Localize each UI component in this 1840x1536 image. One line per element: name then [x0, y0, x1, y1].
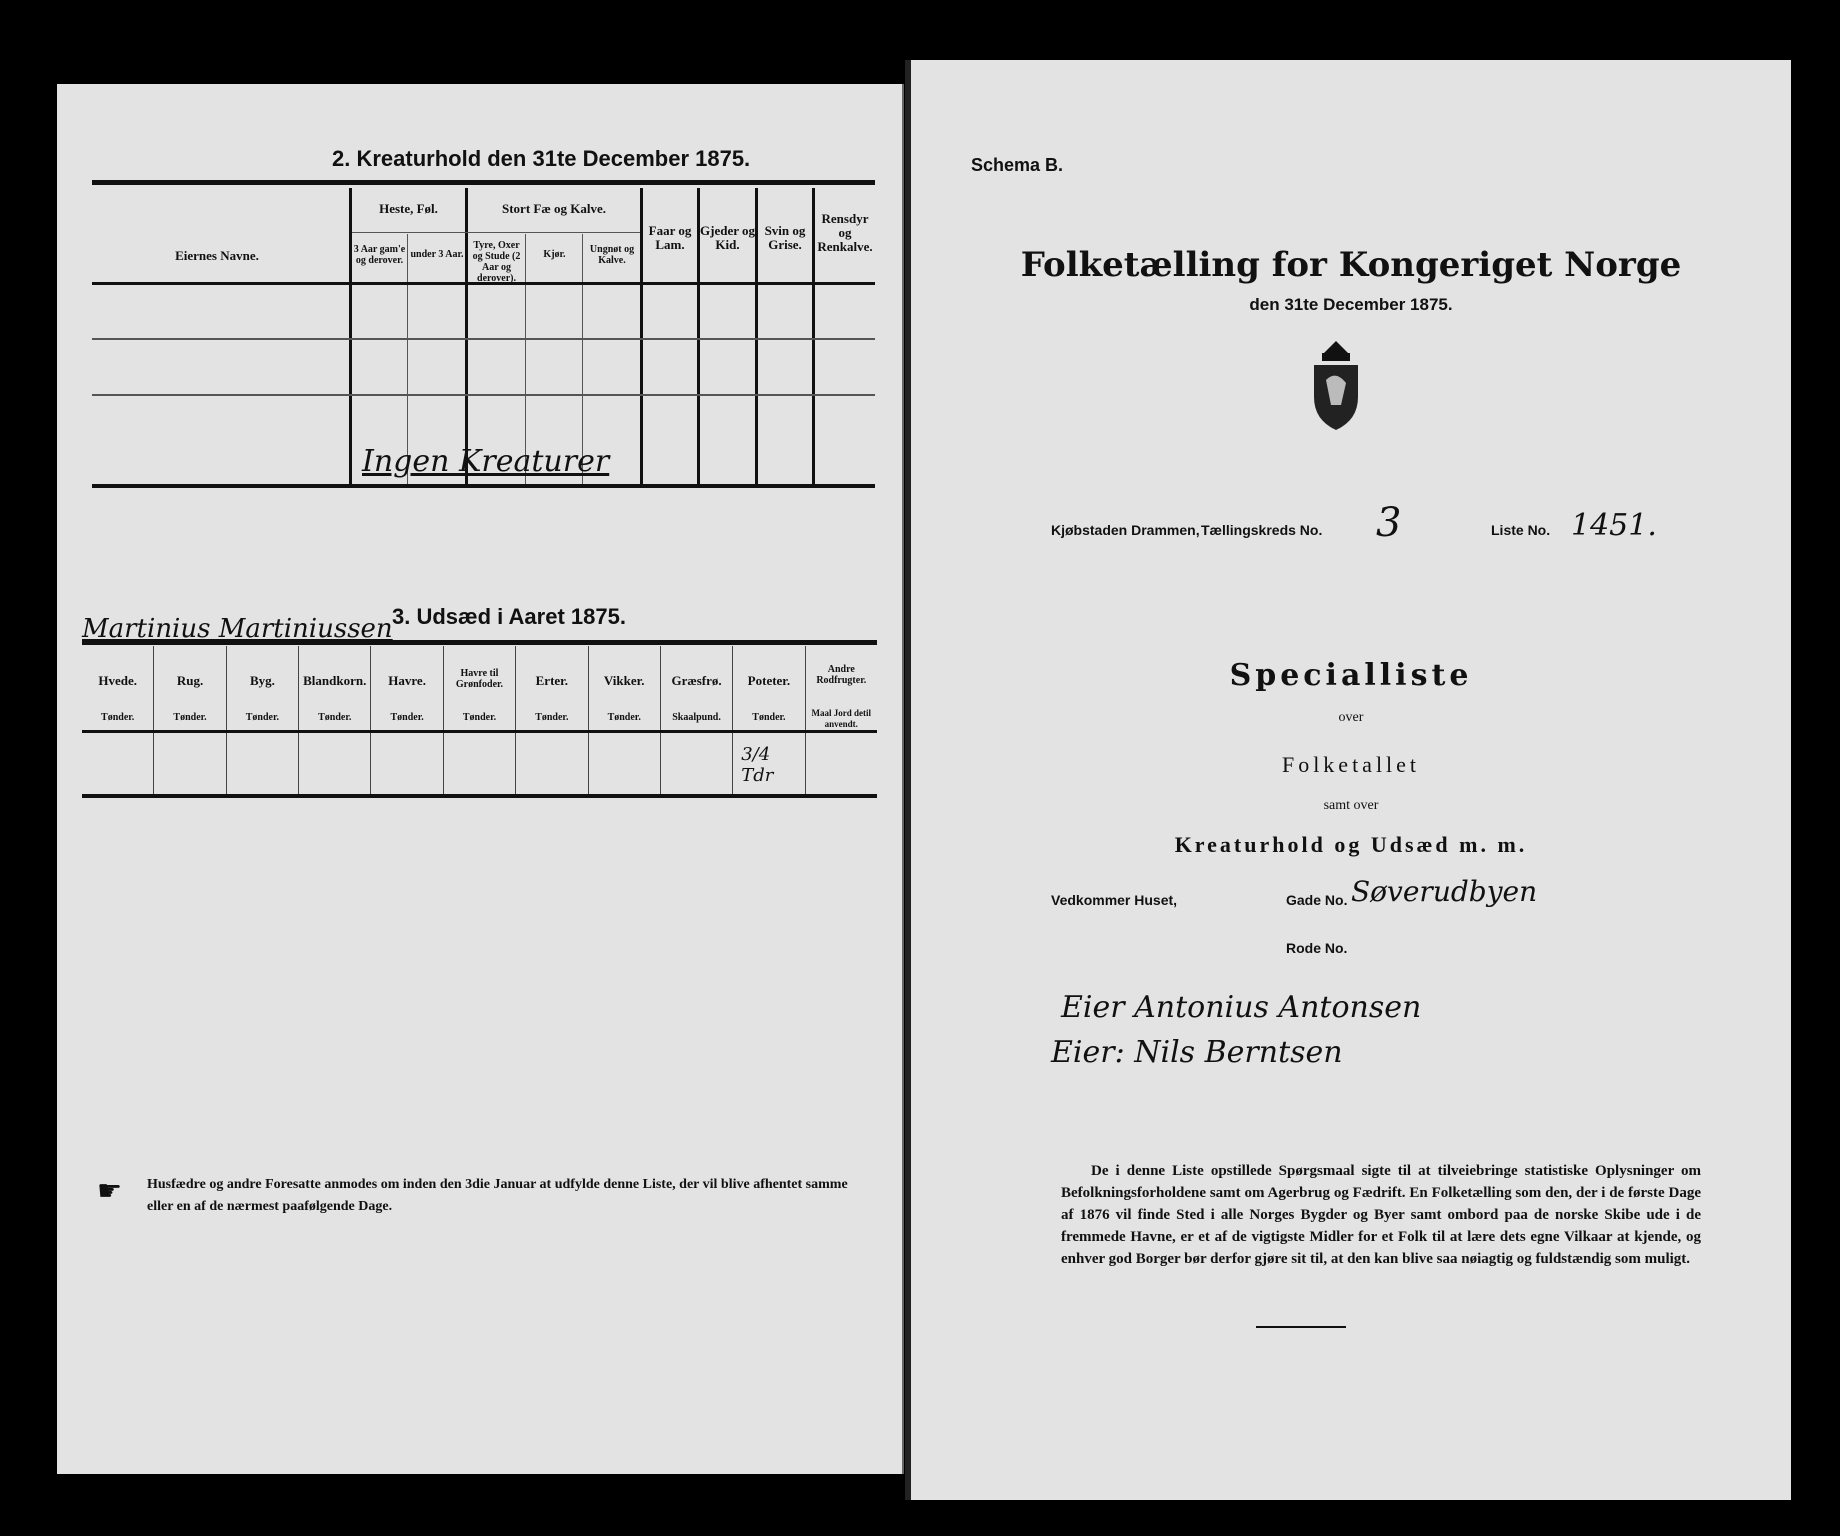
over-text: over: [911, 710, 1791, 726]
col-name: Poteter.: [733, 674, 804, 688]
section2-title: 2. Kreaturhold den 31te December 1875.: [332, 146, 750, 172]
subheader: Tyre, Oxer og Stude (2 Aar og derover).: [468, 240, 525, 284]
row-rule: [92, 394, 875, 396]
subheader: 3 Aar gam'e og derover.: [352, 244, 407, 266]
section3-title: 3. Udsæd i Aaret 1875.: [392, 604, 626, 630]
col-unit: Maal Jord detil anvendt.: [806, 708, 877, 730]
col-unit: Tønder.: [444, 712, 515, 723]
liste-label: Liste No.: [1491, 522, 1550, 538]
table3-bottom-rule: [82, 794, 877, 798]
folketallet-heading: Folketallet: [911, 752, 1791, 778]
subheader: under 3 Aar.: [409, 249, 465, 260]
group-header-heste: Heste, Føl.: [352, 202, 465, 216]
col-unit: Tønder.: [154, 712, 225, 723]
col-graesfro: Græsfrø.Skaalpund.: [661, 646, 733, 796]
explanatory-paragraph: De i denne Liste opstillede Spørgsmaal s…: [1061, 1160, 1701, 1270]
table2-top-rule: [92, 180, 875, 185]
kreds-label: Tællingskreds No.: [1201, 522, 1322, 538]
col-unit: Tønder.: [516, 712, 587, 723]
col-header: Gjeder og Kid.: [700, 224, 755, 252]
closing-rule: [1256, 1326, 1346, 1328]
notice-text: Husfædre og andre Foresatte anmodes om i…: [147, 1174, 867, 1218]
row-rule: [92, 338, 875, 340]
right-page: Schema B. Folketælling for Kongeriget No…: [905, 60, 1791, 1500]
col-header: Svin og Grise.: [758, 224, 812, 252]
col-erter: Erter.Tønder.: [516, 646, 588, 796]
rode-label: Rode No.: [1286, 940, 1347, 956]
col-unit: Skaalpund.: [661, 712, 732, 723]
col-vikker: Vikker.Tønder.: [589, 646, 661, 796]
col-blandkorn: Blandkorn.Tønder.: [299, 646, 371, 796]
col-name: Vikker.: [589, 674, 660, 688]
col-unit: Tønder.: [82, 712, 153, 723]
owner-line-1: Eier Antonius Antonsen: [1061, 990, 1421, 1025]
gade-value: Søverudbyen: [1351, 875, 1537, 908]
col-name: Blandkorn.: [299, 674, 370, 688]
col-header: Faar og Lam.: [643, 224, 697, 252]
gade-label: Gade No.: [1286, 892, 1347, 908]
document-title: Folketælling for Kongeriget Norge: [911, 245, 1791, 285]
row-rule: [92, 282, 875, 285]
owner-col-header: Eiernes Navne.: [97, 249, 337, 263]
col-unit: Tønder.: [371, 712, 442, 723]
col-unit: Tønder.: [299, 712, 370, 723]
poteter-value: 3/4 Tdr: [741, 744, 804, 786]
row-rule: [92, 484, 875, 488]
group-header-stort-fae: Stort Fæ og Kalve.: [468, 202, 640, 216]
samt-over-text: samt over: [911, 798, 1791, 814]
col-name: Havre til Grønfoder.: [444, 668, 515, 690]
schema-label: Schema B.: [971, 155, 1063, 176]
owner-line-2: Eier: Nils Berntsen: [1051, 1035, 1343, 1070]
col-header: Rensdyr og Renkalve.: [815, 212, 875, 254]
col-name: Rug.: [154, 674, 225, 688]
col-name: Havre.: [371, 674, 442, 688]
col-havre-gronfoder: Havre til Grønfoder.Tønder.: [444, 646, 516, 796]
col-havre: Havre.Tønder.: [371, 646, 443, 796]
norwegian-coat-of-arms-icon: [1306, 335, 1366, 435]
specialliste-heading: Specialliste: [911, 658, 1791, 693]
col-unit: Tønder.: [227, 712, 298, 723]
pointing-hand-icon: ☛: [97, 1174, 122, 1208]
subheader: Kjør.: [527, 249, 582, 260]
subheader: Ungnøt og Kalve.: [584, 244, 640, 266]
col-unit: Tønder.: [589, 712, 660, 723]
col-unit: Tønder.: [733, 712, 804, 723]
liste-value: 1451.: [1571, 508, 1657, 543]
handwritten-entry: Ingen Kreaturer: [362, 444, 609, 479]
city-label: Kjøbstaden Drammen,: [1051, 522, 1200, 538]
col-name: Erter.: [516, 674, 587, 688]
document-subtitle: den 31te December 1875.: [911, 295, 1791, 315]
col-name: Hvede.: [82, 674, 153, 688]
left-page: 2. Kreaturhold den 31te December 1875. E…: [57, 84, 904, 1474]
vedkommer-label: Vedkommer Huset,: [1051, 892, 1177, 908]
row-rule: [82, 730, 877, 733]
col-name: Byg.: [227, 674, 298, 688]
col-name: Andre Rodfrugter.: [806, 664, 877, 686]
col-byg: Byg.Tønder.: [227, 646, 299, 796]
col-hvede: Hvede.Tønder.: [82, 646, 154, 796]
col-rug: Rug.Tønder.: [154, 646, 226, 796]
udsaed-table: Hvede.Tønder. Rug.Tønder. Byg.Tønder. Bl…: [82, 646, 877, 796]
col-name: Græsfrø.: [661, 674, 732, 688]
col-poteter: Poteter.Tønder.3/4 Tdr: [733, 646, 805, 796]
col-andre-rodfrugter: Andre Rodfrugter.Maal Jord detil anvendt…: [806, 646, 877, 796]
kreaturhold-heading: Kreaturhold og Udsæd m. m.: [911, 832, 1791, 858]
table3-top-rule: [82, 640, 877, 645]
divider: [352, 232, 640, 233]
kreds-value: 3: [1376, 500, 1401, 546]
